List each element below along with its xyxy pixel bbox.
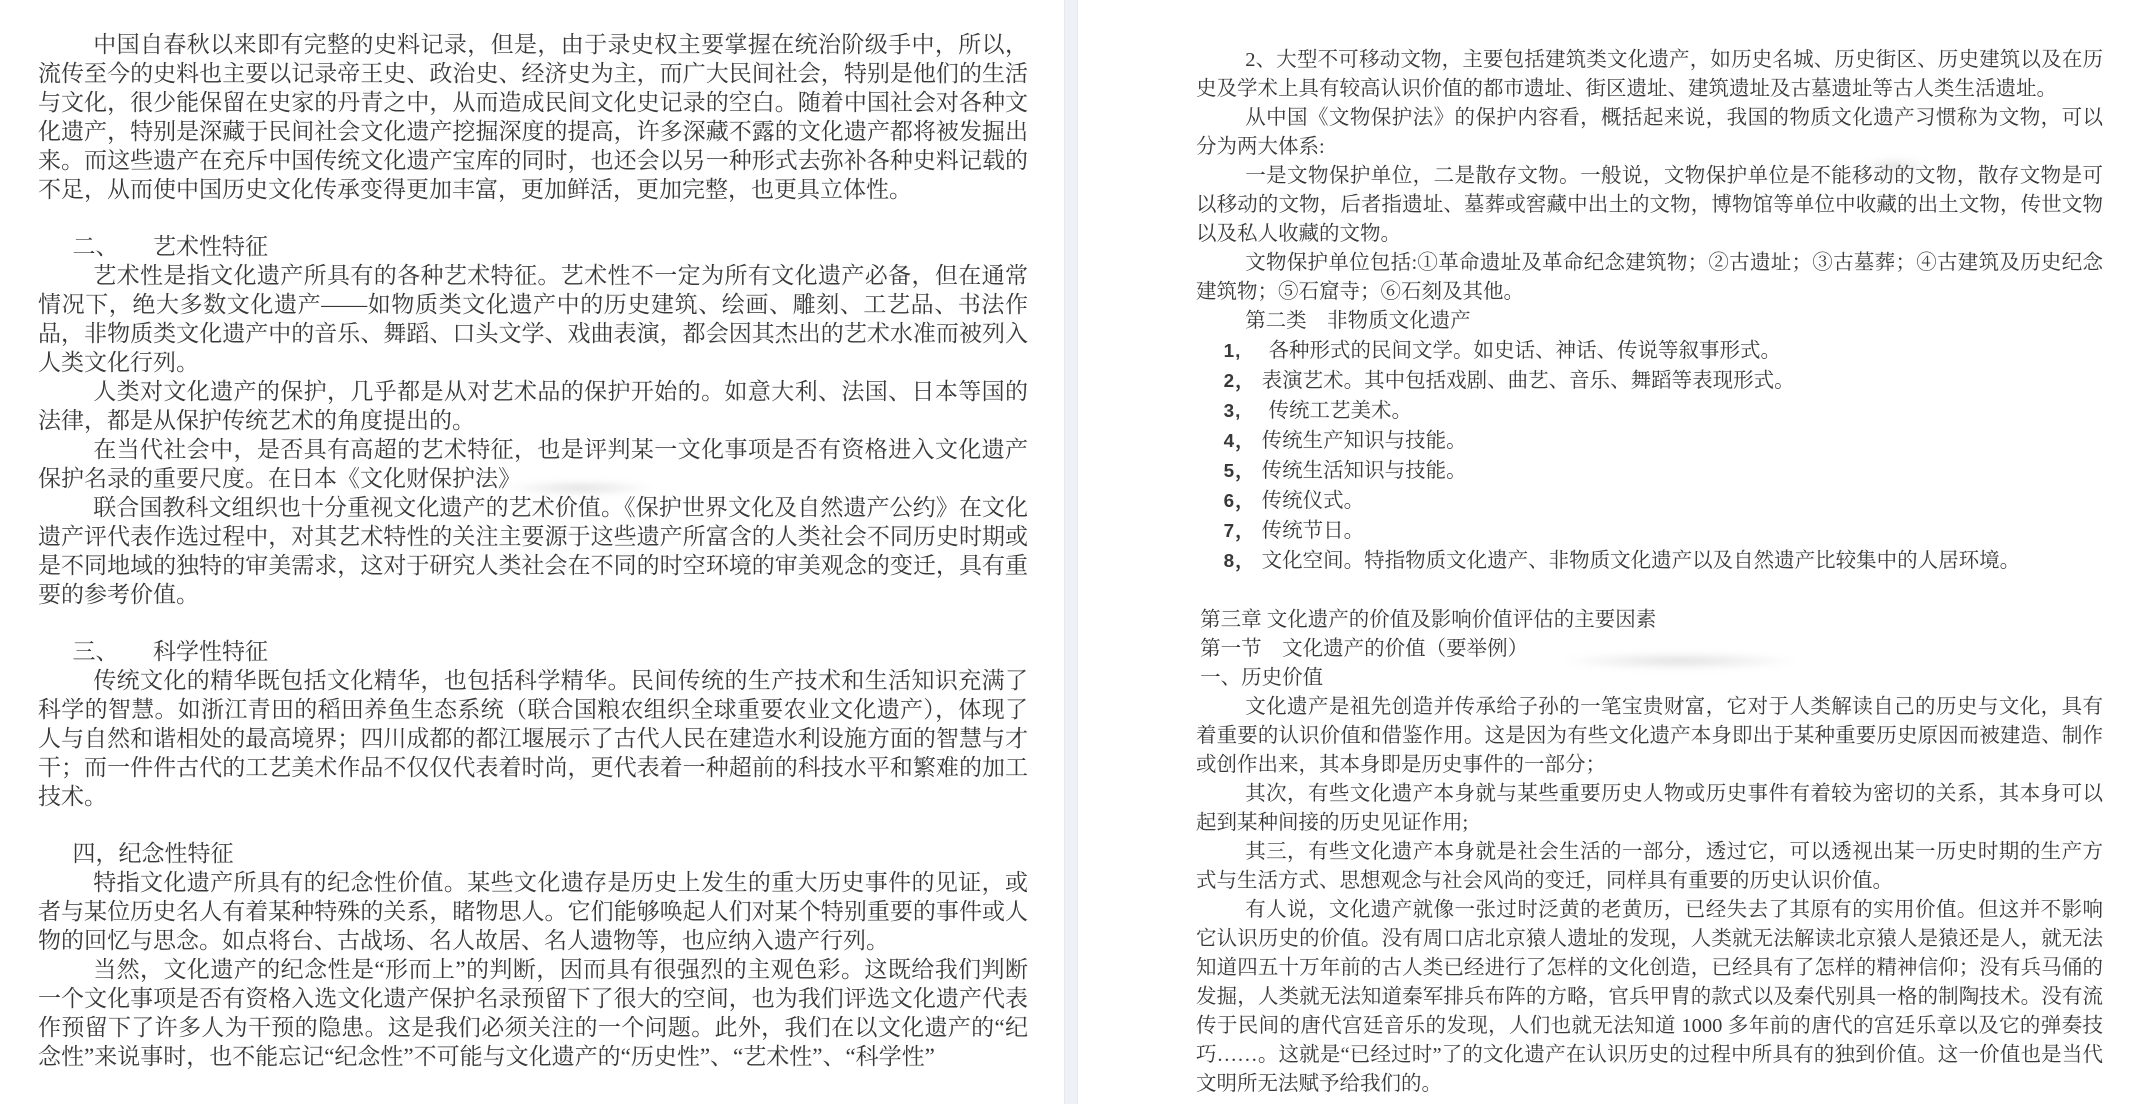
paragraph: 特指文化遗产所具有的纪念性价值。某些文化遗存是历史上发生的重大历史事件的见证，或… bbox=[38, 868, 1028, 955]
paragraph: 第二类 非物质文化遗产 bbox=[1196, 307, 2103, 336]
heading-line: 第三章 文化遗产的价值及影响价值评估的主要因素 bbox=[1196, 606, 2103, 635]
page-left: 中国自春秋以来即有完整的史料记录，但是，由于录史权主要掌握在统治阶级手中，所以，… bbox=[0, 0, 1064, 1104]
paragraph: 一是文物保护单位，二是散存文物。一般说，文物保护单位是不能移动的文物，散存文物是… bbox=[1196, 162, 2103, 249]
paragraph: 当然，文化遗产的纪念性是“形而上”的判断，因而具有很强烈的主观色彩。这既给我们判… bbox=[38, 955, 1028, 1071]
paragraph: 其次，有些文化遗产本身就与某些重要历史人物或历史事件有着较为密切的关系，其本身可… bbox=[1196, 780, 2103, 838]
list-number: 1, bbox=[1224, 340, 1242, 361]
list-item: 8，文化空间。特指物质文化遗产、非物质文化遗产以及自然遗产比较集中的人居环境。 bbox=[1224, 546, 2103, 576]
list-text: 表演艺术。其中包括戏剧、曲艺、音乐、舞蹈等表现形式。 bbox=[1262, 370, 1795, 392]
paragraph: 联合国教科文组织也十分重视文化遗产的艺术价值。《保护世界文化及自然遗产公约》在文… bbox=[38, 493, 1028, 609]
paragraph: 在当代社会中，是否具有高超的艺术特征，也是评判某一文化事项是否有资格进入文化遗产… bbox=[38, 435, 1028, 493]
paragraph: 2、大型不可移动文物，主要包括建筑类文化遗产，如历史名城、历史街区、历史建筑以及… bbox=[1196, 46, 2103, 104]
list-text: 文化空间。特指物质文化遗产、非物质文化遗产以及自然遗产比较集中的人居环境。 bbox=[1262, 550, 2021, 572]
list-number: 8， bbox=[1224, 550, 1255, 571]
list-text: 传统节日。 bbox=[1262, 520, 1365, 542]
paragraph: 传统文化的精华既包括文化精华，也包括科学精华。民间传统的生产技术和生活知识充满了… bbox=[38, 666, 1028, 811]
list-number: 6， bbox=[1224, 490, 1255, 511]
paragraph: 从中国《文物保护法》的保护内容看，概括起来说，我国的物质文化遗产习惯称为文物，可… bbox=[1196, 104, 2103, 162]
list-text: 传统生活知识与技能。 bbox=[1262, 460, 1467, 482]
list-item: 2，表演艺术。其中包括戏剧、曲艺、音乐、舞蹈等表现形式。 bbox=[1224, 366, 2103, 396]
list-number: 3, bbox=[1224, 400, 1242, 421]
paragraph: 中国自春秋以来即有完整的史料记录，但是，由于录史权主要掌握在统治阶级手中，所以，… bbox=[38, 30, 1028, 204]
blank-line bbox=[1196, 576, 2103, 606]
list-text: 各种形式的民间文学。如史话、神话、传说等叙事形式。 bbox=[1248, 340, 1781, 362]
list-number: 4， bbox=[1224, 430, 1255, 451]
list-number: 7， bbox=[1224, 520, 1255, 541]
numbered-list: 1, 各种形式的民间文学。如史话、神话、传说等叙事形式。2，表演艺术。其中包括戏… bbox=[1196, 336, 2103, 576]
page-gutter bbox=[1064, 0, 1078, 1104]
document-viewer: 中国自春秋以来即有完整的史料记录，但是，由于录史权主要掌握在统治阶级手中，所以，… bbox=[0, 0, 2139, 1104]
paragraph: 其三，有些文化遗产本身就是社会生活的一部分，透过它，可以透视出某一历史时期的生产… bbox=[1196, 838, 2103, 896]
list-text: 传统工艺美术。 bbox=[1248, 400, 1412, 422]
page-right: 2、大型不可移动文物，主要包括建筑类文化遗产，如历史名城、历史街区、历史建筑以及… bbox=[1078, 0, 2139, 1104]
list-item: 6，传统仪式。 bbox=[1224, 486, 2103, 516]
list-text: 传统生产知识与技能。 bbox=[1262, 430, 1467, 452]
heading-line: 一、历史价值 bbox=[1196, 664, 2103, 693]
list-item: 4，传统生产知识与技能。 bbox=[1224, 426, 2103, 456]
section-heading: 三、 科学性特征 bbox=[38, 637, 1028, 666]
list-item: 3, 传统工艺美术。 bbox=[1224, 396, 2103, 426]
list-number: 5， bbox=[1224, 460, 1255, 481]
heading-line: 第一节 文化遗产的价值（要举例） bbox=[1196, 635, 2103, 664]
paragraph: 人类对文化遗产的保护，几乎都是从对艺术品的保护开始的。如意大利、法国、日本等国的… bbox=[38, 377, 1028, 435]
list-item: 1, 各种形式的民间文学。如史话、神话、传说等叙事形式。 bbox=[1224, 336, 2103, 366]
section-heading: 四，纪念性特征 bbox=[38, 839, 1028, 868]
list-text: 传统仪式。 bbox=[1262, 490, 1365, 512]
list-item: 5，传统生活知识与技能。 bbox=[1224, 456, 2103, 486]
paragraph: 文物保护单位包括:①革命遗址及革命纪念建筑物；②古遗址；③古墓葬；④古建筑及历史… bbox=[1196, 249, 2103, 307]
section-heading: 二、 艺术性特征 bbox=[38, 232, 1028, 261]
list-item: 7，传统节日。 bbox=[1224, 516, 2103, 546]
paragraph: 艺术性是指文化遗产所具有的各种艺术特征。艺术性不一定为所有文化遗产必备，但在通常… bbox=[38, 261, 1028, 377]
paragraph: 文化遗产是祖先创造并传承给子孙的一笔宝贵财富，它对于人类解读自己的历史与文化，具… bbox=[1196, 693, 2103, 780]
list-number: 2， bbox=[1224, 370, 1255, 391]
paragraph: 有人说，文化遗产就像一张过时泛黄的老黄历，已经失去了其原有的实用价值。但这并不影… bbox=[1196, 896, 2103, 1099]
